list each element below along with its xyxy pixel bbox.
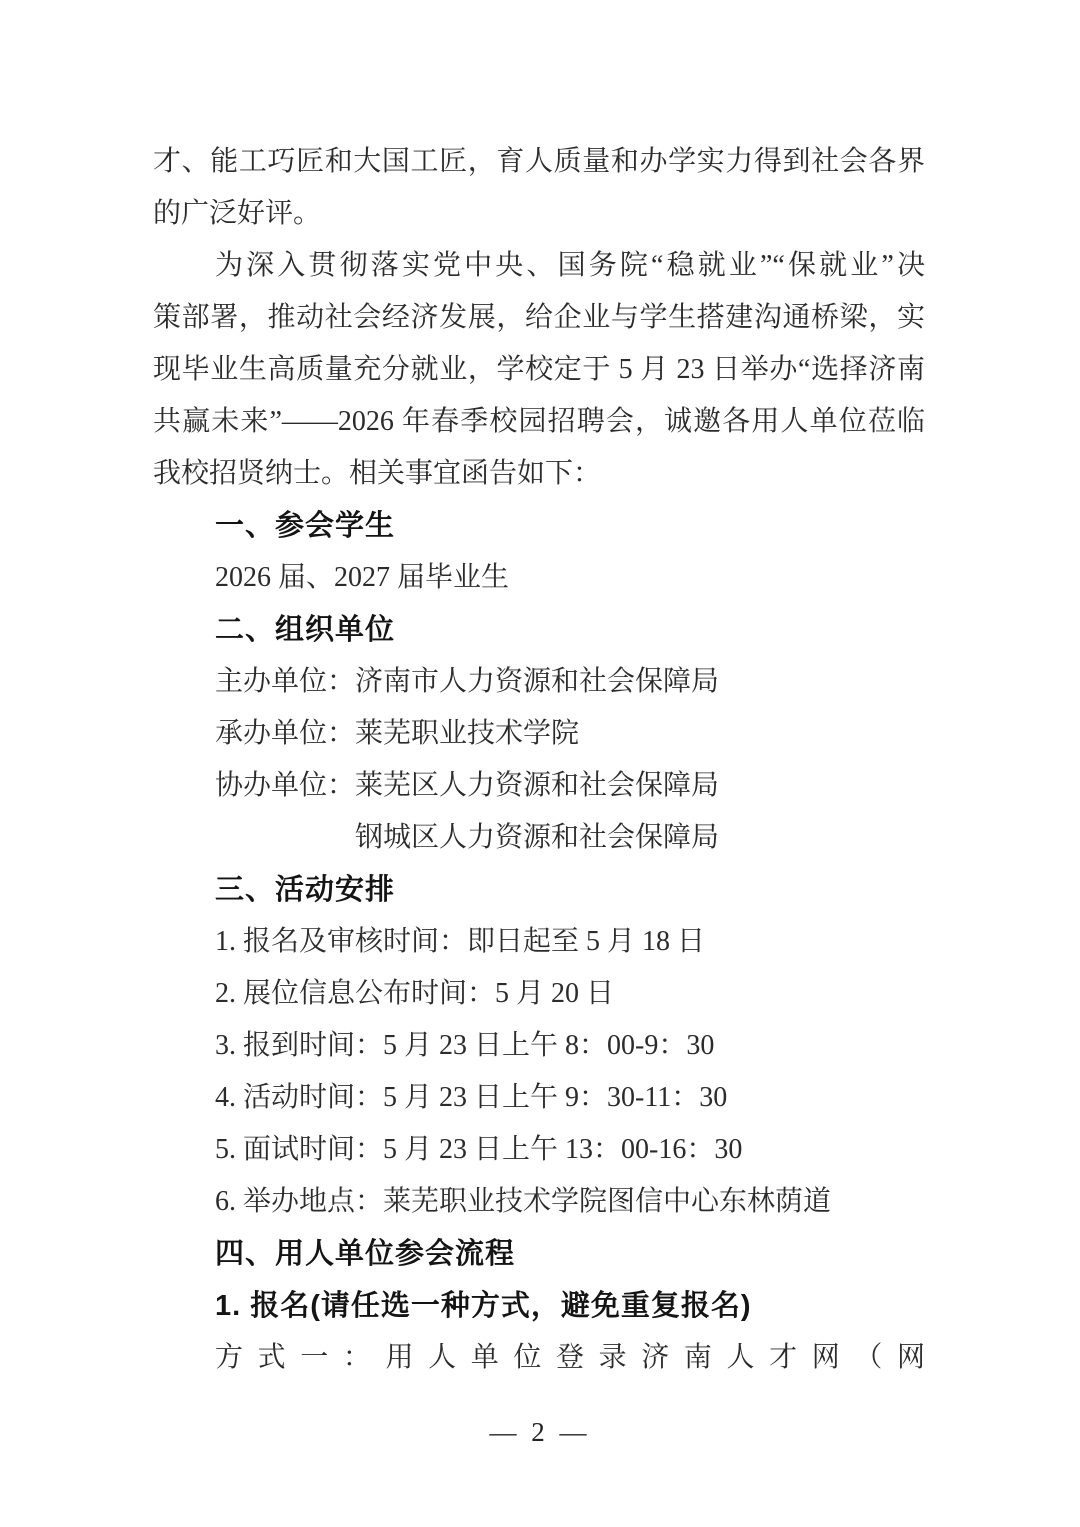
document-body: 才、能工巧匠和大国工匠，育人质量和办学实力得到社会各界的广泛好评。为深入贯彻落实… xyxy=(153,136,925,1384)
text-line: 钢城区人力资源和社会保障局 xyxy=(153,812,925,864)
page-number: — 2 — xyxy=(0,1406,1080,1458)
text-line: 的广泛好评。 xyxy=(153,188,925,240)
text-line: 6. 举办地点：莱芜职业技术学院图信中心东林荫道 xyxy=(153,1176,925,1228)
text-line: 2026 届、2027 届毕业生 xyxy=(153,552,925,604)
text-line: 1. 报名及审核时间：即日起至 5 月 18 日 xyxy=(153,916,925,968)
text-line: 为深入贯彻落实党中央、国务院“稳就业”“保就业”决 xyxy=(153,240,925,292)
heading-line: 四、用人单位参会流程 xyxy=(153,1228,925,1280)
text-line: 共赢未来”——2026 年春季校园招聘会，诚邀各用人单位莅临 xyxy=(153,396,925,448)
text-line: 协办单位：莱芜区人力资源和社会保障局 xyxy=(153,760,925,812)
heading-line: 三、活动安排 xyxy=(153,864,925,916)
text-line: 我校招贤纳士。相关事宜函告如下： xyxy=(153,448,925,500)
text-line: 现毕业生高质量充分就业，学校定于 5 月 23 日举办“选择济南 xyxy=(153,344,925,396)
text-line: 4. 活动时间：5 月 23 日上午 9：30-11：30 xyxy=(153,1072,925,1124)
text-line: 2. 展位信息公布时间：5 月 20 日 xyxy=(153,968,925,1020)
text-line: 3. 报到时间：5 月 23 日上午 8：00-9：30 xyxy=(153,1020,925,1072)
heading-line: 一、参会学生 xyxy=(153,500,925,552)
heading-line: 1. 报名(请任选一种方式，避免重复报名) xyxy=(153,1280,925,1332)
document-page: 才、能工巧匠和大国工匠，育人质量和办学实力得到社会各界的广泛好评。为深入贯彻落实… xyxy=(0,0,1080,1527)
text-line: 方式一：用人单位登录济南人才网（网 xyxy=(153,1332,925,1384)
text-line: 承办单位：莱芜职业技术学院 xyxy=(153,708,925,760)
heading-line: 二、组织单位 xyxy=(153,604,925,656)
text-line: 5. 面试时间：5 月 23 日上午 13：00-16：30 xyxy=(153,1124,925,1176)
text-line: 主办单位：济南市人力资源和社会保障局 xyxy=(153,656,925,708)
text-line: 才、能工巧匠和大国工匠，育人质量和办学实力得到社会各界 xyxy=(153,136,925,188)
text-line: 策部署，推动社会经济发展，给企业与学生搭建沟通桥梁，实 xyxy=(153,292,925,344)
